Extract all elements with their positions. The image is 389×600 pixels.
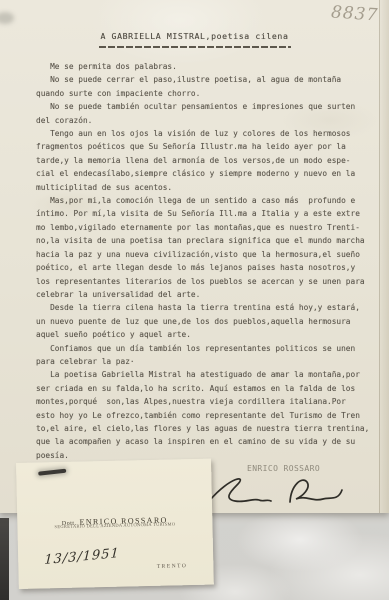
scanner-dark-edge xyxy=(0,518,9,600)
letter-line: que la acompañen y acaso la inspiren en … xyxy=(36,435,380,448)
letter-line: Tengo aun en los ojos la visión de luz y… xyxy=(36,127,380,140)
letter-line: aquel sueño poético y aquel arte. xyxy=(36,328,380,341)
letter-line: Confiamos que un día también los represe… xyxy=(36,342,380,355)
letter-line: fragmentos poéticos que Su Señoría Illus… xyxy=(36,140,380,153)
letter-line: un nuevo puente de luz que une,de los do… xyxy=(36,315,380,328)
letter-line: Mas,por mi,la comoción llega de un senti… xyxy=(36,194,380,207)
letter-line: cial el endecasílabo,siempre clásico y s… xyxy=(36,167,380,180)
letter-line: multiciplitad de sus acentos. xyxy=(36,181,380,194)
letter-line: tarde,y la memoria llena del armonía de … xyxy=(36,154,380,167)
letter-line: celebrar la universalidad del arte. xyxy=(36,288,380,301)
letter-title: A GABRIELLA MISTRAL,poetisa cilena xyxy=(0,31,389,41)
letter-line: no,la visita de una poetisa tan preclara… xyxy=(36,234,380,247)
paper-edge-shadow xyxy=(379,0,389,513)
letter-line: hacia la paz y una nueva civilización,vi… xyxy=(36,248,380,261)
paper-smudge xyxy=(0,12,14,24)
letter-line: del corazón. xyxy=(36,114,380,127)
letter-line: ser criada en su falda,lo ha scrito. Aqu… xyxy=(36,382,380,395)
card-ink-smudge xyxy=(38,469,66,476)
letter-line: Desde la tierra cilena hasta la tierra t… xyxy=(36,301,380,314)
letter-line: montes,porqué son,las Alpes,nuestra viej… xyxy=(36,395,380,408)
title-underline xyxy=(99,46,291,48)
letter-line: los representantes literarios de los pue… xyxy=(36,275,380,288)
letter-line: íntimo. Por mí,la visita de Su Señoría I… xyxy=(36,207,380,220)
letter-line: Me se permita dos palabras. xyxy=(36,60,380,73)
letter-line: quando surte con impaciente chorro. xyxy=(36,87,380,100)
letter-paper: 8837 A GABRIELLA MISTRAL,poetisa cilena … xyxy=(0,0,389,513)
letter-line: No se puede también ocultar pensamientos… xyxy=(36,100,380,113)
letter-line: to,el aire, el cielo,las flores y las ag… xyxy=(36,422,380,435)
card-city: TRENTO xyxy=(157,563,188,570)
letter-line: esto hoy yo Le ofrezco,también como repr… xyxy=(36,409,380,422)
business-card: Dott.ENRICO ROSSARO SEGRETARIO DELL'AZIE… xyxy=(16,459,214,589)
letter-line: No se puede cerrar el paso,ilustre poeti… xyxy=(36,73,380,86)
letter-body: Me se permita dos palabras. No se puede … xyxy=(36,60,380,462)
card-date-handwritten: 13/3/1951 xyxy=(44,546,120,568)
typed-signature-name: ENRICO ROSSARO xyxy=(247,464,320,473)
handwritten-signature xyxy=(204,473,349,515)
letter-line: para celebrar la paz· xyxy=(36,355,380,368)
letter-line: poético, el arte llegan desde lo más lej… xyxy=(36,261,380,274)
archive-number-handwritten: 8837 xyxy=(330,2,379,25)
letter-line: mo lembo,vigilado eternamente por las mo… xyxy=(36,221,380,234)
letter-line: La poetisa Gabriella Mistral ha atestigu… xyxy=(36,368,380,381)
